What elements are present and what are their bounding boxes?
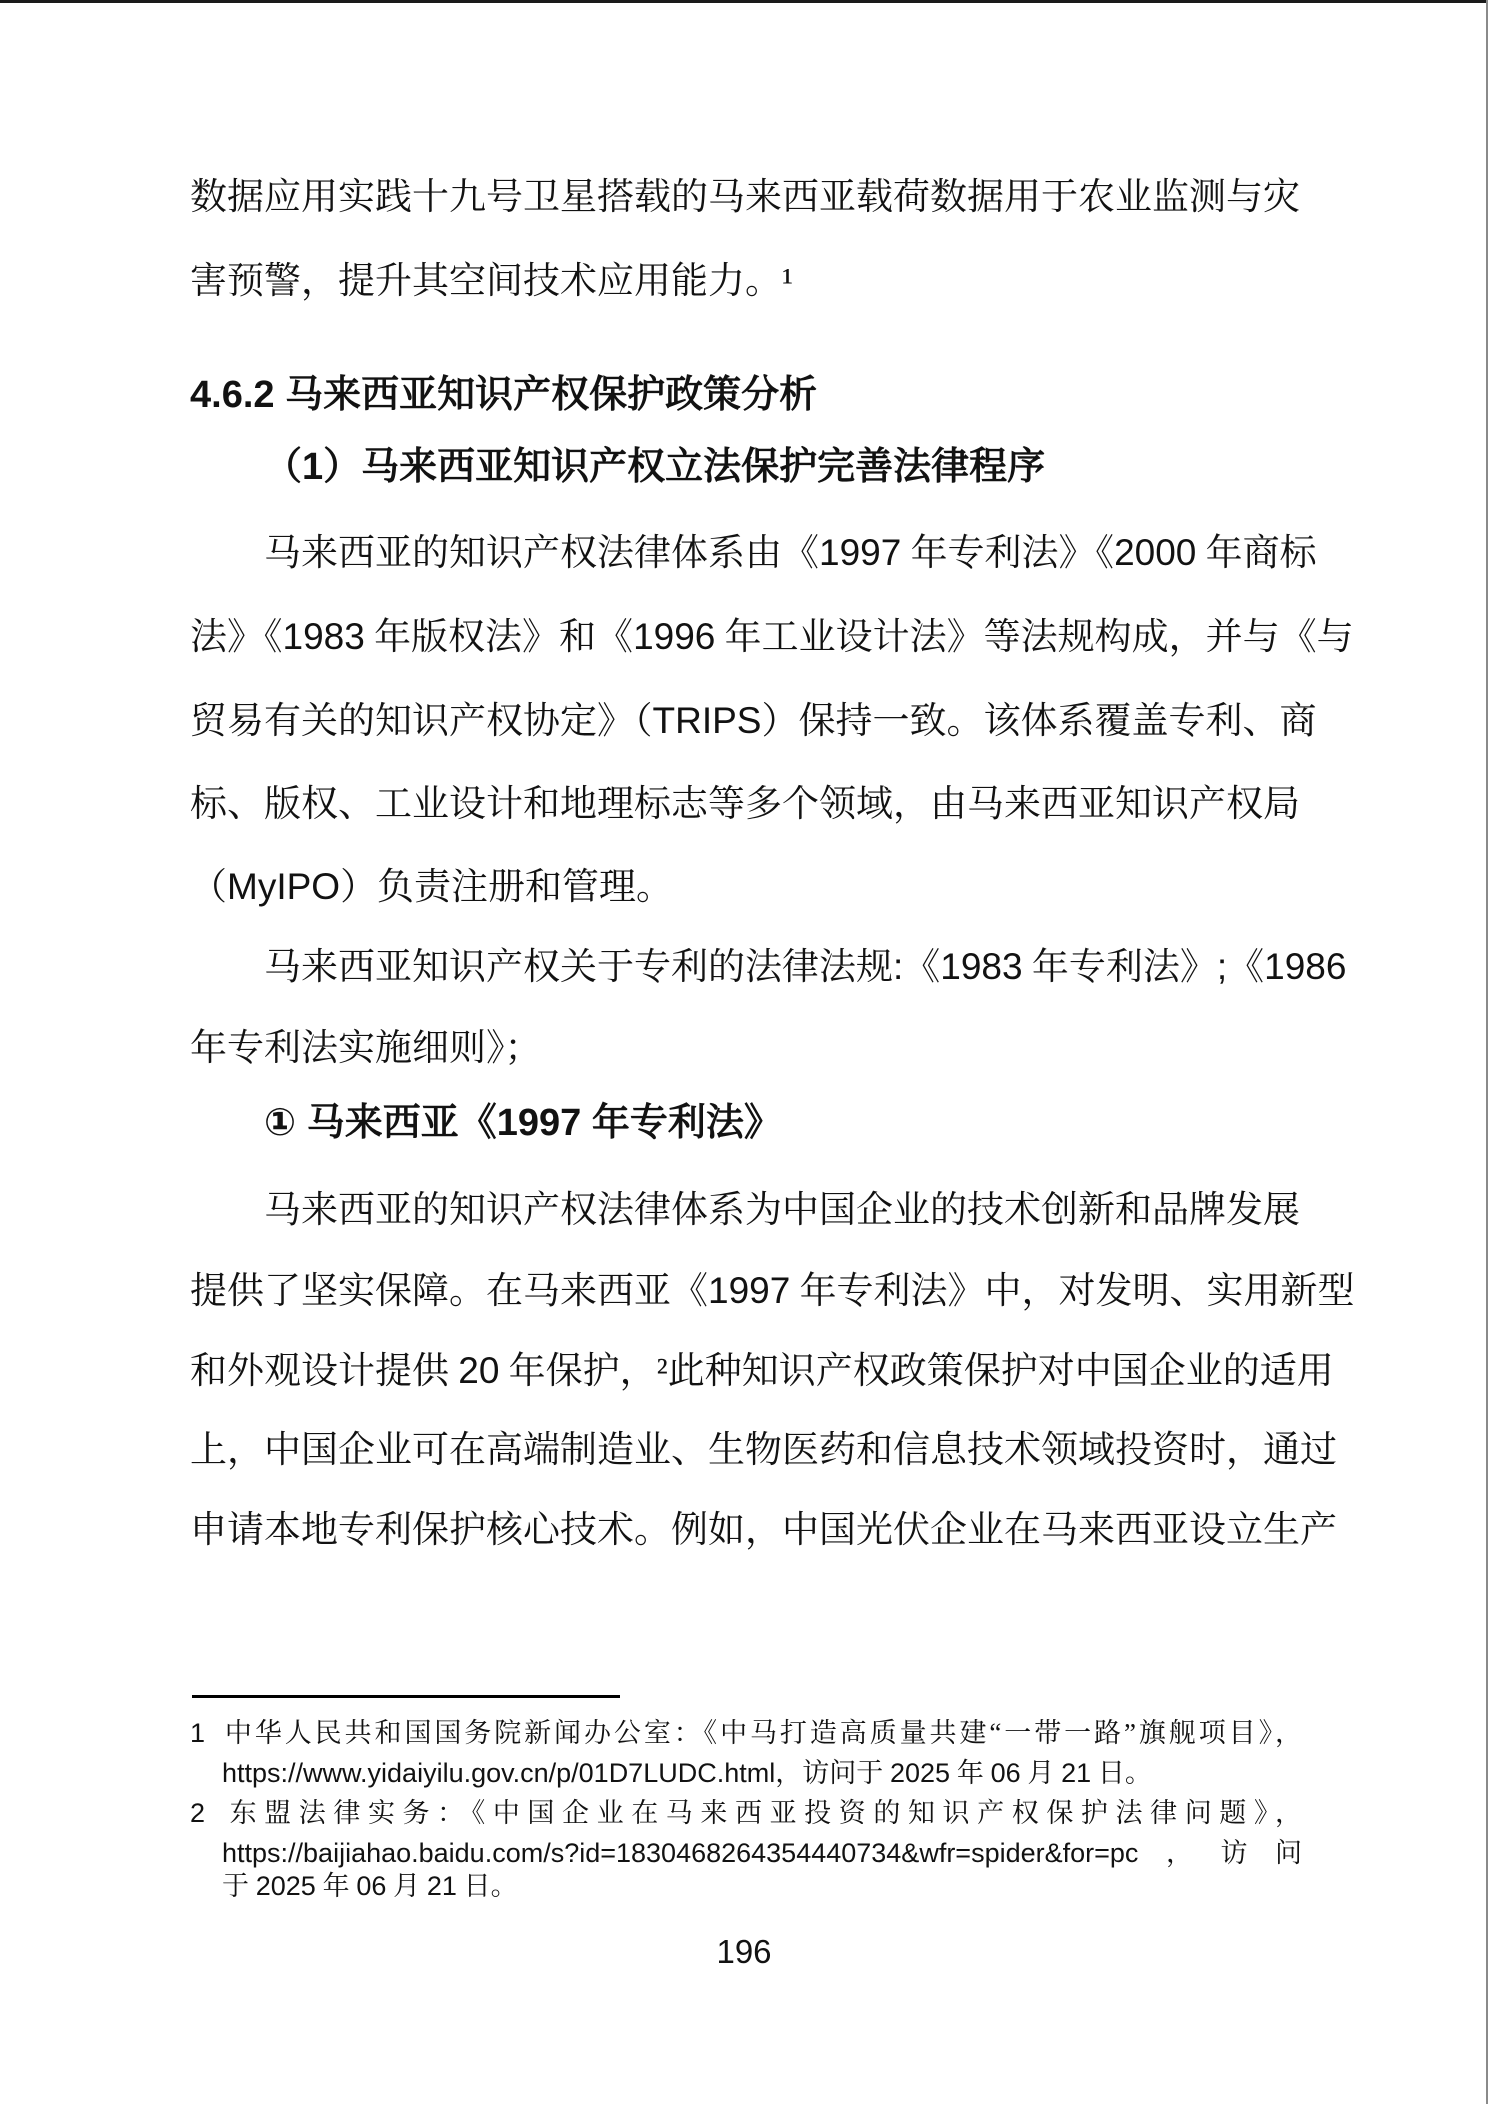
footnote-text: 东盟法律实务：《中国企业在马来西亚投资的知识产权保护法律问题》， [222, 1798, 1302, 1828]
footnote-line: https://baijiahao.baidu.com/s?id=1830468… [222, 1836, 1302, 1871]
body-line: 申请本地专利保护核心技术。例如，中国光伏企业在马来西亚设立生产 [190, 1508, 1300, 1554]
body-line: 上，中国企业可在高端制造业、生物医药和信息技术领域投资时，通过 [190, 1428, 1300, 1474]
page-top-border [0, 0, 1488, 3]
footnote-marker: 2 [190, 1796, 222, 1831]
body-line: 年专利法实施细则》； [190, 1026, 1300, 1072]
footnote-text: 中华人民共和国国务院新闻办公室：《中马打造高质量共建“一带一路”旗舰项目》， [222, 1718, 1302, 1748]
body-line: 贸易有关的知识产权协定》（TRIPS）保持一致。该体系覆盖专利、商 [190, 698, 1300, 745]
body-line: 马来西亚知识产权关于专利的法律法规:《1983 年专利法》;《1986 [264, 944, 1300, 991]
document-page: { "doc": { "lines": [ {"text": "数据应用实践十九… [0, 0, 1488, 2104]
item-heading: ① 马来西亚《1997 年专利法》 [264, 1100, 1300, 1148]
footnote-line: 1中华人民共和国国务院新闻办公室：《中马打造高质量共建“一带一路”旗舰项目》， [190, 1716, 1302, 1751]
footnote-marker: 1 [190, 1716, 222, 1751]
footnote-line: 于 2025 年 06 月 21 日。 [222, 1869, 1302, 1904]
body-line: 提供了坚实保障。在马来西亚《1997 年专利法》中，对发明、实用新型 [190, 1268, 1300, 1315]
body-line: 马来西亚的知识产权法律体系由《1997 年专利法》《2000 年商标 [264, 530, 1300, 577]
footnote-line: 2东盟法律实务：《中国企业在马来西亚投资的知识产权保护法律问题》， [190, 1796, 1302, 1831]
body-line: 和外观设计提供 20 年保护，²此种知识产权政策保护对中国企业的适用 [190, 1348, 1300, 1395]
body-line: 害预警，提升其空间技术应用能力。¹ [190, 259, 1300, 305]
body-line: （MyIPO）负责注册和管理。 [190, 864, 1300, 911]
footnote-line: https://www.yidaiyilu.gov.cn/p/01D7LUDC.… [222, 1756, 1302, 1791]
footnote-separator [192, 1695, 620, 1698]
body-line: 马来西亚的知识产权法律体系为中国企业的技术创新和品牌发展 [264, 1188, 1300, 1234]
page-number: 196 [0, 1933, 1488, 1972]
body-line: 法》《1983 年版权法》和《1996 年工业设计法》等法规构成，并与《与 [190, 614, 1300, 661]
section-heading: 4.6.2 马来西亚知识产权保护政策分析 [190, 372, 1300, 420]
subsection-heading: （1）马来西亚知识产权立法保护完善法律程序 [264, 444, 1300, 492]
body-line: 标、版权、工业设计和地理标志等多个领域，由马来西亚知识产权局 [190, 782, 1300, 828]
body-line: 数据应用实践十九号卫星搭载的马来西亚载荷数据用于农业监测与灾 [190, 175, 1300, 221]
